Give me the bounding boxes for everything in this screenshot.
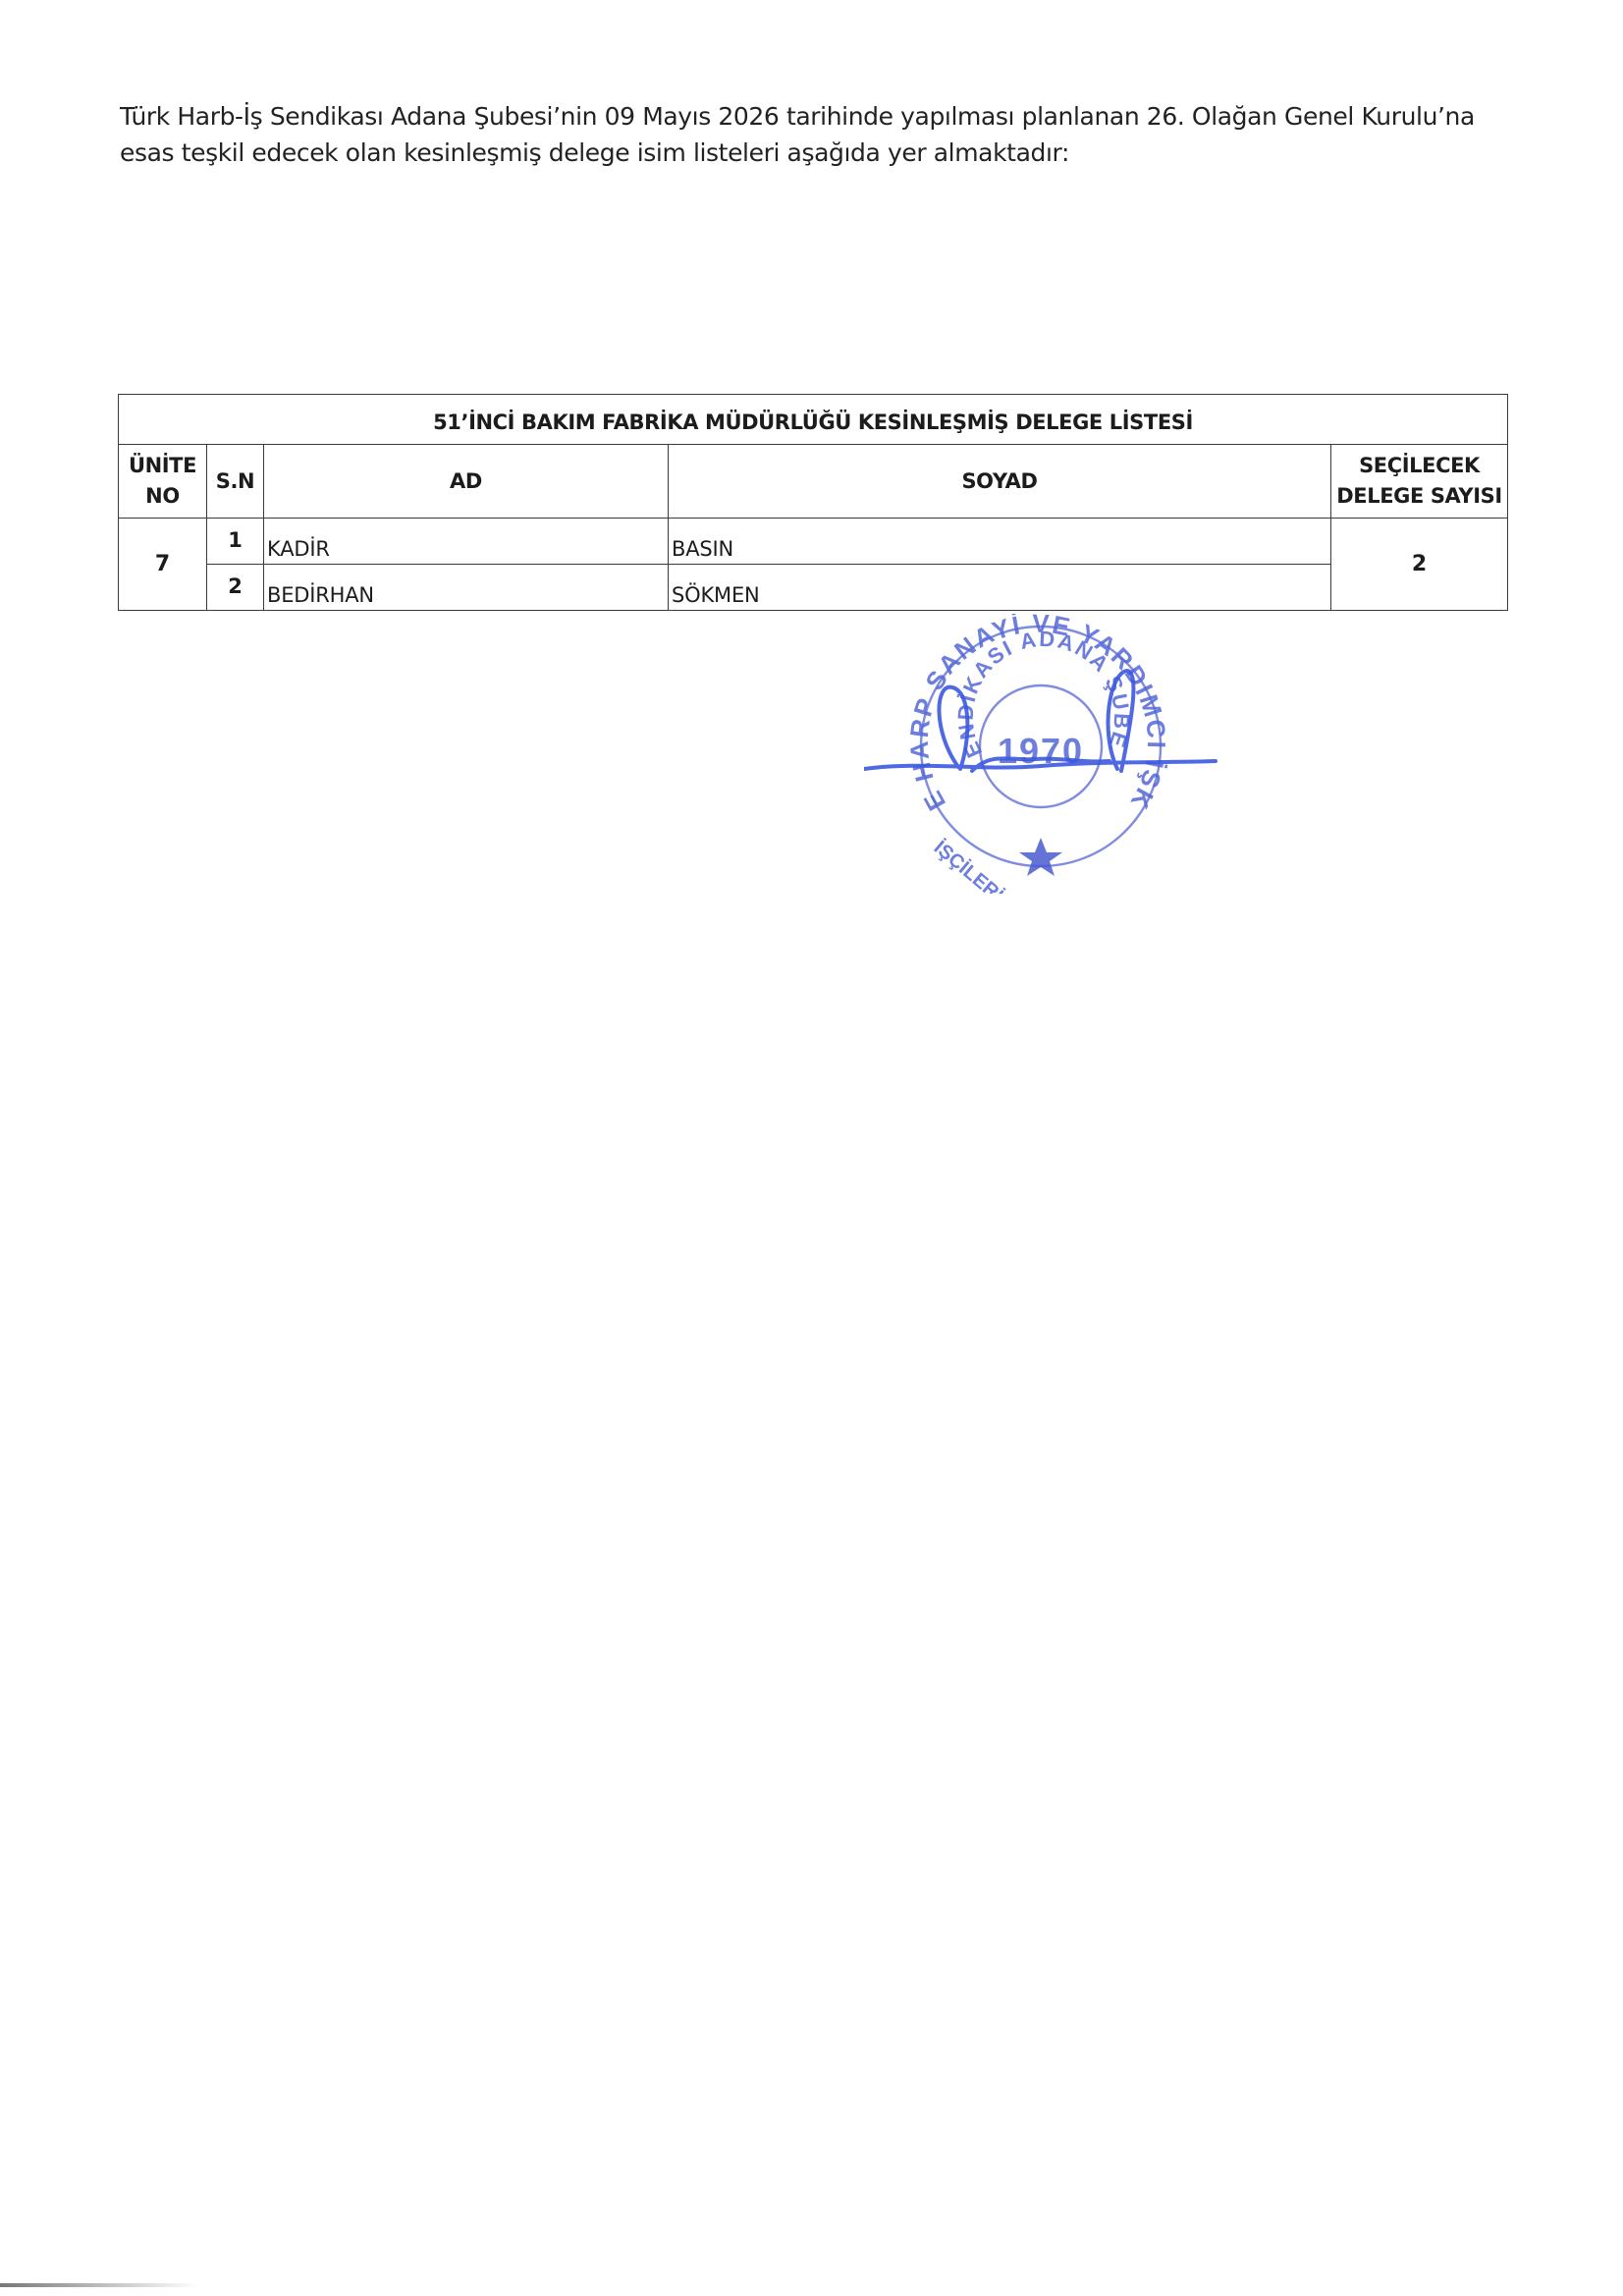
header-soyad: SOYAD [669,445,1331,519]
ad-cell: KADİR [264,519,669,565]
svg-text:İŞÇİLERİ: İŞÇİLERİ [930,836,1007,894]
header-ad: AD [264,445,669,519]
ad-cell: BEDİRHAN [264,565,669,611]
header-unit-no-line2: NO [119,481,206,512]
sn-cell: 2 [207,565,264,611]
header-sn: S.N [207,445,264,519]
header-delegate-count-line2: DELEGE SAYISI [1331,481,1507,512]
header-unit-no: ÜNİTE NO [119,445,207,519]
table-title: 51’İNCİ BAKIM FABRİKA MÜDÜRLÜĞÜ KESİNLEŞ… [119,395,1508,445]
scan-edge-line [0,2283,196,2287]
header-unit-no-line1: ÜNİTE [119,451,206,481]
table-row: 2 BEDİRHAN SÖKMEN [119,565,1508,611]
header-delegate-count: SEÇİLECEK DELEGE SAYISI [1331,445,1508,519]
union-stamp-with-signature: TÜRKİYE HARP SANAYİ VE YARDIMCI İŞKOLLAR… [864,614,1217,894]
intro-line-1: Türk Harb-İş Sendikası Adana Şubesi’nin … [120,98,1534,135]
delegate-list-table: 51’İNCİ BAKIM FABRİKA MÜDÜRLÜĞÜ KESİNLEŞ… [118,394,1508,611]
intro-paragraph: Türk Harb-İş Sendikası Adana Şubesi’nin … [120,98,1534,171]
header-delegate-count-line1: SEÇİLECEK [1331,451,1507,481]
table-row: 7 1 KADİR BASIN 2 [119,519,1508,565]
sn-cell: 1 [207,519,264,565]
delegate-count-cell: 2 [1331,519,1508,611]
soyad-cell: SÖKMEN [669,565,1331,611]
stamp-seal-icon: TÜRKİYE HARP SANAYİ VE YARDIMCI İŞKOLLAR… [864,614,1217,894]
table-header-row: ÜNİTE NO S.N AD SOYAD SEÇİLECEK DELEGE S… [119,445,1508,519]
soyad-cell: BASIN [669,519,1331,565]
table-title-row: 51’İNCİ BAKIM FABRİKA MÜDÜRLÜĞÜ KESİNLEŞ… [119,395,1508,445]
unit-no-cell: 7 [119,519,207,611]
intro-line-2: esas teşkil edecek olan kesinleşmiş dele… [120,135,1534,171]
